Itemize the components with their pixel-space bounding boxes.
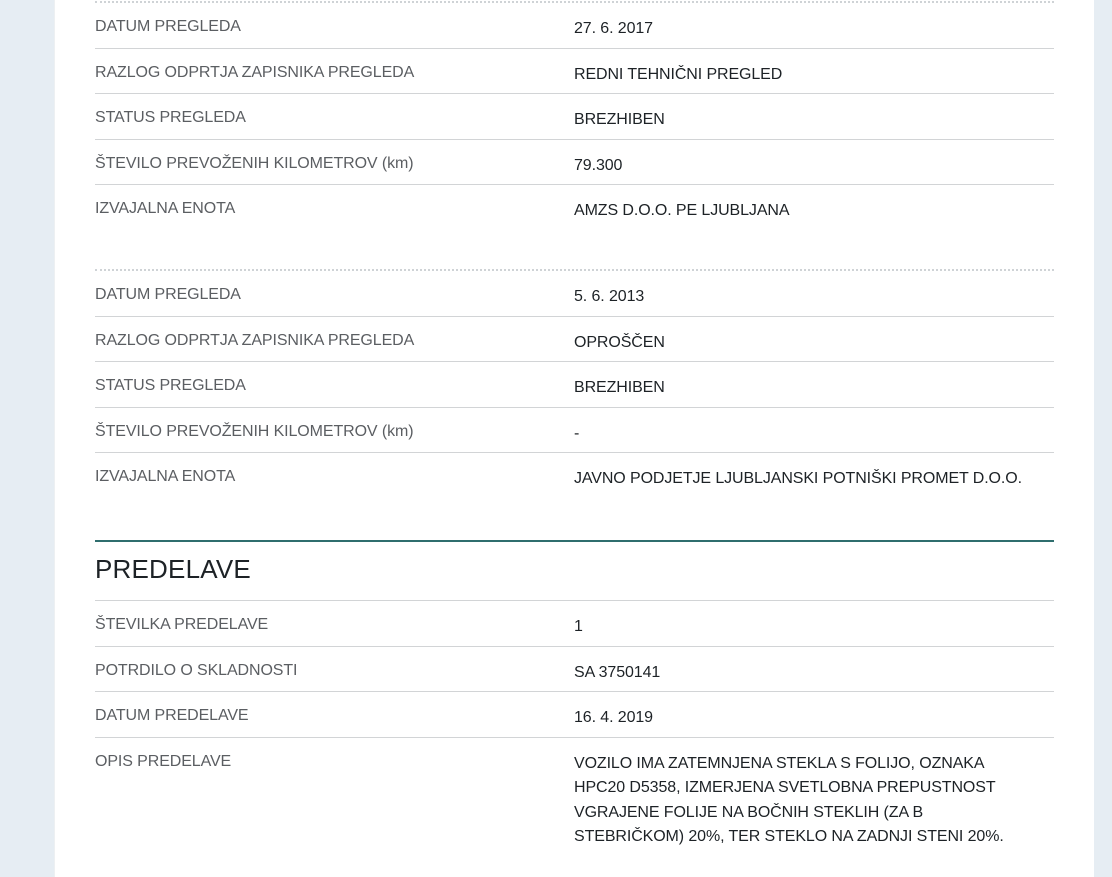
detail-row: ŠTEVILO PREVOŽENIH KILOMETROV (km) 79.30… [95,140,1054,186]
inspection-record: DATUM PREGLEDA 5. 6. 2013 RAZLOG ODPRTJA… [95,269,1054,499]
field-label: DATUM PREGLEDA [95,271,574,305]
detail-row: RAZLOG ODPRTJA ZAPISNIKA PREGLEDA OPROŠČ… [95,317,1054,363]
field-label: STATUS PREGLEDA [95,94,574,128]
field-label: STATUS PREGLEDA [95,362,574,396]
field-label: RAZLOG ODPRTJA ZAPISNIKA PREGLEDA [95,49,574,83]
field-label: DATUM PREGLEDA [95,3,574,37]
field-value: OPROŠČEN [574,317,1054,356]
field-value: VOZILO IMA ZATEMNJENA STEKLA S FOLIJO, O… [574,738,1054,850]
detail-row: DATUM PREGLEDA 27. 6. 2017 [95,3,1054,49]
detail-row: STATUS PREGLEDA BREZHIBEN [95,362,1054,408]
detail-row: DATUM PREDELAVE 16. 4. 2019 [95,692,1054,738]
field-value: BREZHIBEN [574,362,1054,401]
section-title: PREDELAVE [95,542,1054,584]
field-value: 16. 4. 2019 [574,692,1054,731]
field-label: ŠTEVILO PREVOŽENIH KILOMETROV (km) [95,140,574,174]
field-value: SA 3750141 [574,647,1054,686]
detail-row: RAZLOG ODPRTJA ZAPISNIKA PREGLEDA REDNI … [95,49,1054,95]
field-value: AMZS D.O.O. PE LJUBLJANA [574,185,1054,224]
field-label: POTRDILO O SKLADNOSTI [95,647,574,681]
detail-row: IZVAJALNA ENOTA JAVNO PODJETJE LJUBLJANS… [95,453,1054,499]
field-label: RAZLOG ODPRTJA ZAPISNIKA PREGLEDA [95,317,574,351]
inspection-record: DATUM PREGLEDA 27. 6. 2017 RAZLOG ODPRTJ… [95,1,1054,231]
field-label: ŠTEVILKA PREDELAVE [95,601,574,635]
content-panel: DATUM PREGLEDA 27. 6. 2017 RAZLOG ODPRTJ… [55,0,1094,877]
field-value: 27. 6. 2017 [574,3,1054,42]
section-header: PREDELAVE [95,540,1054,601]
field-label: OPIS PREDELAVE [95,738,574,772]
field-label: IZVAJALNA ENOTA [95,185,574,219]
field-value: JAVNO PODJETJE LJUBLJANSKI POTNIŠKI PROM… [574,453,1054,492]
field-value: REDNI TEHNIČNI PREGLED [574,49,1054,88]
field-label: ŠTEVILO PREVOŽENIH KILOMETROV (km) [95,408,574,442]
detail-row: IZVAJALNA ENOTA AMZS D.O.O. PE LJUBLJANA [95,185,1054,231]
field-value: - [574,408,1054,447]
detail-row: ŠTEVILKA PREDELAVE 1 [95,601,1054,647]
field-label: IZVAJALNA ENOTA [95,453,574,487]
field-value: 5. 6. 2013 [574,271,1054,310]
field-value: 1 [574,601,1054,640]
modifications-section: PREDELAVE ŠTEVILKA PREDELAVE 1 POTRDILO … [95,540,1054,850]
detail-row: POTRDILO O SKLADNOSTI SA 3750141 [95,647,1054,693]
detail-row: OPIS PREDELAVE VOZILO IMA ZATEMNJENA STE… [95,738,1054,850]
field-value: BREZHIBEN [574,94,1054,133]
detail-row: DATUM PREGLEDA 5. 6. 2013 [95,271,1054,317]
field-label: DATUM PREDELAVE [95,692,574,726]
field-value: 79.300 [574,140,1054,179]
detail-row: STATUS PREGLEDA BREZHIBEN [95,94,1054,140]
detail-row: ŠTEVILO PREVOŽENIH KILOMETROV (km) - [95,408,1054,454]
